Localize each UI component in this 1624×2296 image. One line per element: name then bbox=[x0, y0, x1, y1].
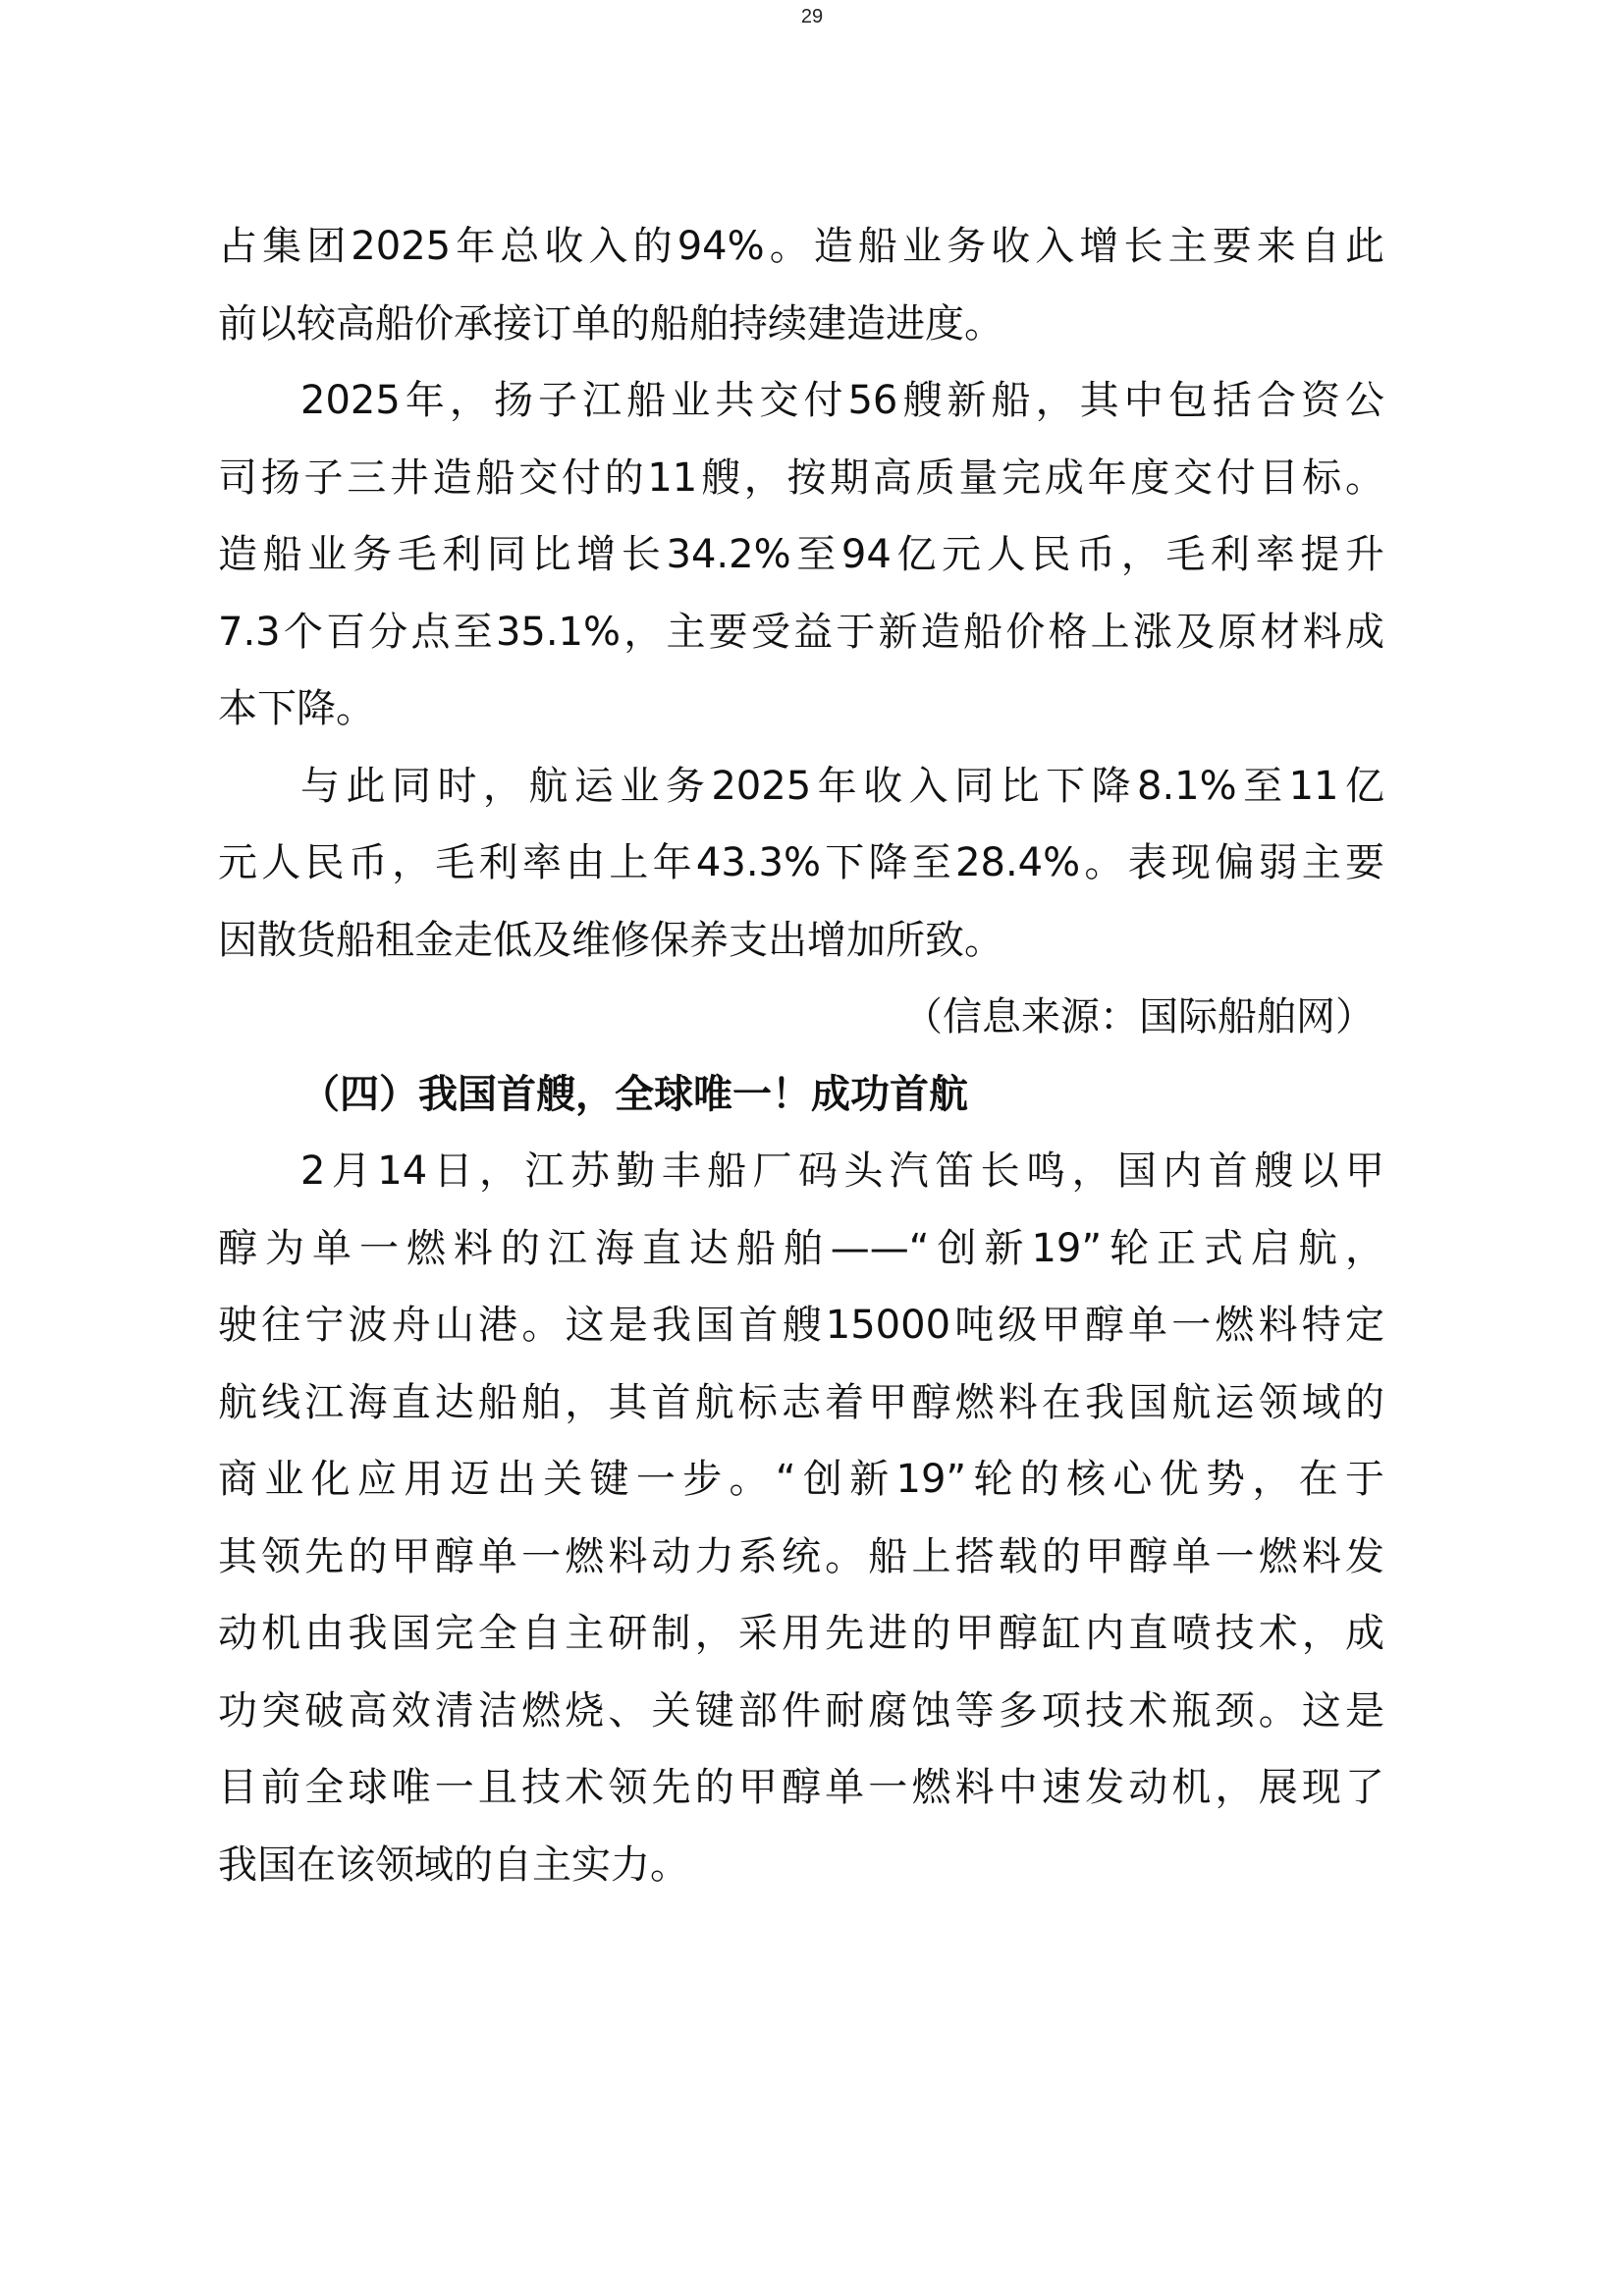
text-line: 驶往宁波舟山港。这是我国首艘15000吨级甲醇单一燃料特定 bbox=[218, 1287, 1384, 1364]
text-line: 其领先的甲醇单一燃料动力系统。船上搭载的甲醇单一燃料发 bbox=[218, 1519, 1384, 1596]
section-heading: （四）我国首艘，全球唯一！成功首航 bbox=[218, 1056, 1384, 1134]
text-line: 航线江海直达船舶，其首航标志着甲醇燃料在我国航运领域的 bbox=[218, 1364, 1384, 1442]
text-line: 与此同时，航运业务2025年收入同比下降8.1%至11亿 bbox=[218, 748, 1384, 826]
paragraph: 占集团2025年总收入的94%。造船业务收入增长主要来自此 前以较高船价承接订单… bbox=[218, 208, 1384, 362]
text-line: 造船业务毛利同比增长34.2%至94亿元人民币，毛利率提升 bbox=[218, 516, 1384, 594]
paragraph: 2月14日，江苏勤丰船厂码头汽笛长鸣，国内首艘以甲 醇为单一燃料的江海直达船舶—… bbox=[218, 1133, 1384, 1903]
text-line: 因散货船租金走低及维修保养支出增加所致。 bbox=[218, 902, 1384, 980]
text-line: 司扬子三井造船交付的11艘，按期高质量完成年度交付目标。 bbox=[218, 440, 1384, 517]
text-line: 动机由我国完全自主研制，采用先进的甲醇缸内直喷技术，成 bbox=[218, 1595, 1384, 1673]
text-line: 我国在该领域的自主实力。 bbox=[218, 1827, 1384, 1904]
text-line: 本下降。 bbox=[218, 670, 1384, 748]
document-body: 占集团2025年总收入的94%。造船业务收入增长主要来自此 前以较高船价承接订单… bbox=[218, 208, 1384, 1903]
document-page: 29 占集团2025年总收入的94%。造船业务收入增长主要来自此 前以较高船价承… bbox=[0, 0, 1624, 2296]
text-line: 前以较高船价承接订单的船舶持续建造进度。 bbox=[218, 286, 1384, 363]
text-line: 2025年，扬子江船业共交付56艘新船，其中包括合资公 bbox=[218, 362, 1384, 440]
page-number: 29 bbox=[0, 6, 1624, 28]
text-line: 占集团2025年总收入的94%。造船业务收入增长主要来自此 bbox=[218, 208, 1384, 286]
paragraph: 2025年，扬子江船业共交付56艘新船，其中包括合资公 司扬子三井造船交付的11… bbox=[218, 362, 1384, 748]
text-line: 商业化应用迈出关键一步。“创新19”轮的核心优势，在于 bbox=[218, 1441, 1384, 1519]
source-note: （信息来源：国际船舶网） bbox=[218, 979, 1384, 1056]
text-line: 7.3个百分点至35.1%，主要受益于新造船价格上涨及原材料成 bbox=[218, 594, 1384, 671]
text-line: 元人民币，毛利率由上年43.3%下降至28.4%。表现偏弱主要 bbox=[218, 825, 1384, 902]
text-line: 目前全球唯一且技术领先的甲醇单一燃料中速发动机，展现了 bbox=[218, 1749, 1384, 1827]
text-line: 功突破高效清洁燃烧、关键部件耐腐蚀等多项技术瓶颈。这是 bbox=[218, 1673, 1384, 1750]
text-line: 醇为单一燃料的江海直达船舶——“创新19”轮正式启航， bbox=[218, 1210, 1384, 1288]
text-line: 2月14日，江苏勤丰船厂码头汽笛长鸣，国内首艘以甲 bbox=[218, 1133, 1384, 1210]
paragraph: 与此同时，航运业务2025年收入同比下降8.1%至11亿 元人民币，毛利率由上年… bbox=[218, 748, 1384, 980]
